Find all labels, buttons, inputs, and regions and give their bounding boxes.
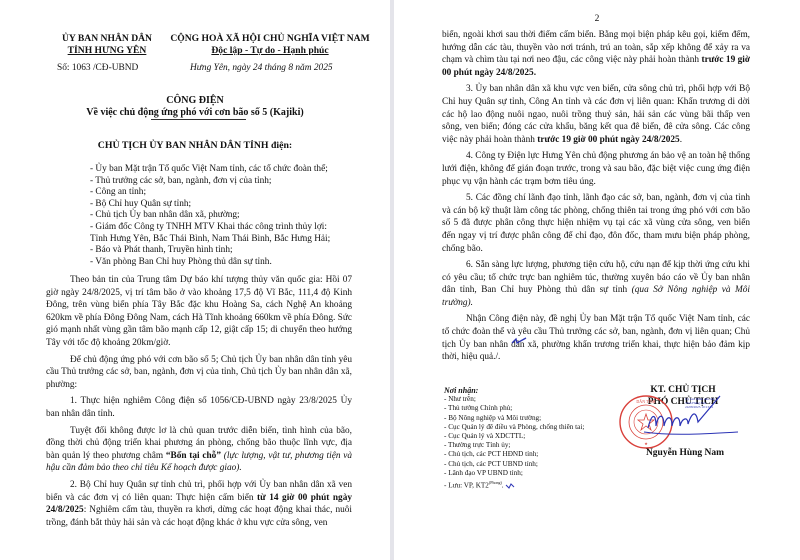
- recipient-item: - Bộ Chỉ huy Quân sự tỉnh;: [90, 199, 330, 211]
- document-number: Số: 1063 /CĐ-UBND: [57, 63, 138, 73]
- authority-line2-text: TỈNH HƯNG YÊN: [68, 45, 147, 56]
- recipient-item: - Giám đốc Công ty TNHH MTV Khai thác cô…: [90, 222, 330, 234]
- place-date: Hưng Yên, ngày 24 tháng 8 năm 2025: [190, 63, 333, 73]
- archive-sup: (Phong): [489, 480, 502, 485]
- body-page-1: Theo bản tin của Trung tâm Dự báo khí tư…: [46, 274, 352, 529]
- footer-recipient: - Chủ tịch, các PCT UBND tỉnh;: [444, 460, 584, 469]
- absolute-bold: “Bốn tại chỗ”: [166, 451, 221, 461]
- recipient-item: - Công an tỉnh;: [90, 187, 330, 199]
- recipient-item: - Thủ trưởng các sở, ban, ngành, đơn vị …: [90, 176, 330, 188]
- item-5: 5. Các đồng chí lãnh đạo tỉnh, lãnh đạo …: [442, 192, 750, 255]
- footer-recipient: - Như trên;: [444, 395, 584, 404]
- page-number: 2: [394, 14, 800, 24]
- digital-signature-stamp: Ủy ban Nhân dân tỉnh Tỉnh Hưng Yên 24/08…: [685, 397, 715, 409]
- item-1: 1. Thực hiện nghiêm Công điện số 1056/CĐ…: [46, 395, 352, 420]
- initial-mark-icon: [511, 337, 527, 345]
- item3-end: .: [680, 135, 682, 145]
- digisig-time: 24/08/2025 10:13:01: [685, 405, 715, 409]
- item3-bold: trước 19 giờ 00 phút ngày 24/8/2025: [537, 135, 679, 145]
- closing-paragraph: Nhận Công điện này, đề nghị Ủy ban Mặt t…: [442, 313, 750, 363]
- motto-line: Độc lập - Tự do - Hạnh phúc: [170, 45, 370, 57]
- item-4: 4. Công ty Điện lực Hưng Yên chủ động ph…: [442, 150, 750, 188]
- absolute-paragraph: Tuyệt đối không được lơ là chủ quan trướ…: [46, 425, 352, 475]
- document-subject: Về việc chủ động ứng phó với cơn bão số …: [0, 107, 390, 118]
- sender-line: CHỦ TỊCH ỦY BAN NHÂN DÂN TỈNH điện:: [0, 140, 390, 151]
- footer-recipient: - Thủ tướng Chính phủ;: [444, 404, 584, 413]
- footer-recipient: - Thường trực Tỉnh ủy;: [444, 441, 584, 450]
- item-3: 3. Ủy ban nhân dân xã khu vực ven biển, …: [442, 83, 750, 146]
- subject-underline: [151, 119, 246, 120]
- authority-line1: ỦY BAN NHÂN DÂN: [52, 33, 162, 45]
- recipient-item: - Chủ tịch Ủy ban nhân dân xã, phường;: [90, 210, 330, 222]
- archive-text: - Lưu: VP, KT2: [444, 481, 489, 489]
- recipients-footer: Nơi nhận: - Như trên; - Thủ tướng Chính …: [444, 386, 584, 491]
- body-page-2: biển, ngoài khơi sau thời điểm cấm biển.…: [442, 29, 750, 364]
- document-page-1: ỦY BAN NHÂN DÂN TỈNH HƯNG YÊN CỘNG HOÀ X…: [0, 0, 390, 560]
- motto-text: Độc lập - Tự do - Hạnh phúc: [211, 45, 328, 56]
- footer-recipient: - Lãnh đạo VP UBND tỉnh;: [444, 469, 584, 478]
- recipient-item: - Ủy ban Mặt trận Tổ quốc Việt Nam tỉnh,…: [90, 164, 330, 176]
- item2-text-end: : Nghiêm cấm tàu, thuyền ra khơi, dừng c…: [46, 505, 352, 528]
- recipients-list: - Ủy ban Mặt trận Tổ quốc Việt Nam tỉnh,…: [90, 164, 330, 268]
- footer-recipient: - Cục Quản lý đê điều và Phòng, chống th…: [444, 423, 584, 432]
- national-motto: CỘNG HOÀ XÃ HỘI CHỦ NGHĨA VIỆT NAM Độc l…: [170, 33, 370, 57]
- signer-name: Nguyễn Hùng Nam: [630, 448, 740, 458]
- request-paragraph: Để chủ động ứng phó với cơn bão số 5; Ch…: [46, 354, 352, 392]
- initial-mark-icon: [505, 483, 515, 489]
- recipient-item: - Báo và Phát thanh, Truyền hình tỉnh;: [90, 245, 330, 257]
- country-name: CỘNG HOÀ XÃ HỘI CHỦ NGHĨA VIỆT NAM: [170, 33, 370, 45]
- recipients-footer-label: Nơi nhận:: [444, 386, 584, 395]
- forecast-paragraph: Theo bản tin của Trung tâm Dự báo khí tư…: [46, 274, 352, 350]
- footer-recipient: - Bộ Nông nghiệp và Môi trường;: [444, 414, 584, 423]
- document-page-2: 2 biển, ngoài khơi sau thời điểm cấm biể…: [394, 0, 800, 560]
- authority-line2: TỈNH HƯNG YÊN: [52, 45, 162, 57]
- recipient-item: Tỉnh Hưng Yên, Bắc Thái Bình, Nam Thái B…: [90, 234, 330, 246]
- item-2: 2. Bộ Chỉ huy Quân sự tỉnh chủ trì, phối…: [46, 479, 352, 529]
- recipient-item: - Văn phòng Ban Chỉ huy Phòng thủ dân sự…: [90, 257, 330, 269]
- footer-recipient: - Cục Quản lý và XDCTTL;: [444, 432, 584, 441]
- document-type: CÔNG ĐIỆN: [0, 95, 390, 106]
- archive-line: - Lưu: VP, KT2(Phong).: [444, 478, 584, 491]
- item-2-continued: biển, ngoài khơi sau thời điểm cấm biển.…: [442, 29, 750, 79]
- issuing-authority: ỦY BAN NHÂN DÂN TỈNH HƯNG YÊN: [52, 33, 162, 57]
- footer-recipient: - Chủ tịch, các PCT HĐND tỉnh;: [444, 450, 584, 459]
- item-6: 6. Sẵn sàng lực lượng, phương tiện cứu h…: [442, 259, 750, 309]
